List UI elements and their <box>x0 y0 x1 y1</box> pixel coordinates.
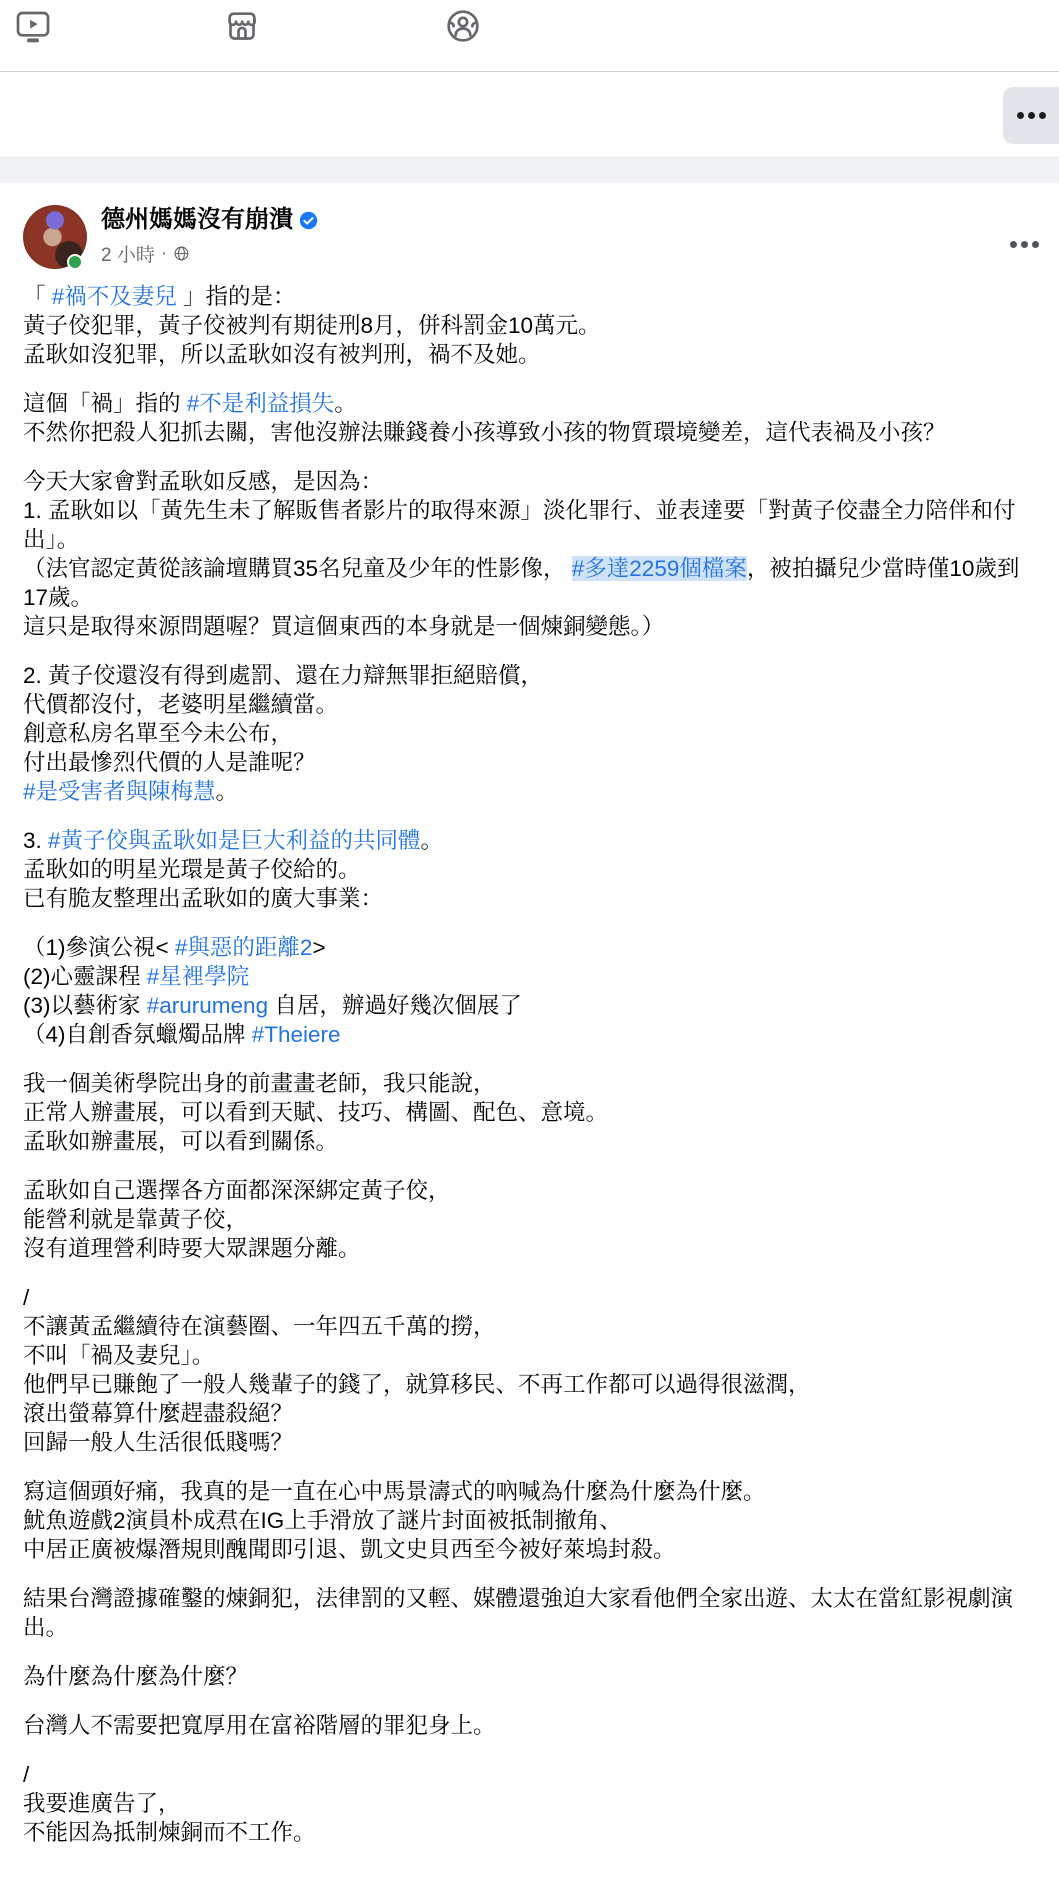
post-paragraph: /不讓黃孟繼續待在演藝圈、一年四五千萬的撈，不叫「禍及妻兒」。他們早已賺飽了一般… <box>23 1283 1036 1457</box>
post-card: 德州媽媽沒有崩潰 2 小時 · <box>0 183 1059 1871</box>
post-text-segment: 孟耿如沒犯罪，所以孟耿如沒有被判刑，禍不及她。 <box>23 342 541 367</box>
post-text-segment: 中居正廣被爆潛規則醜聞即引退、凱文史貝西至今被好萊塢封殺。 <box>23 1537 676 1562</box>
post-text-segment: 2. 黃子佼還沒有得到處罰、還在力辯無罪拒絕賠償， <box>23 663 543 688</box>
post-text-segment: 不能因為抵制煉銅而不工作。 <box>23 1820 316 1845</box>
post-paragraph: （1)參演公視< #與惡的距離2>(2)心靈課程 #星裡學院(3)以藝術家 #a… <box>23 933 1036 1049</box>
watch-icon <box>13 6 53 46</box>
post-text-segment: 不然你把殺人犯抓去關，害他沒辦法賺錢養小孩導致小孩的物質環境變差，這代表禍及小孩… <box>23 420 946 445</box>
post-text-segment: 孟耿如辦畫展，可以看到關係。 <box>23 1129 338 1154</box>
post-timestamp[interactable]: 2 小時 <box>101 240 155 267</box>
post-text-segment: 沒有道理營利時要大眾課題分離。 <box>23 1236 361 1261</box>
post-paragraph: /我要進廣告了，不能因為抵制煉銅而不工作。 <box>23 1760 1036 1847</box>
post-paragraph: 台灣人不需要把寬厚用在富裕階層的罪犯身上。 <box>23 1711 1036 1740</box>
post-text-segment: 。 <box>421 828 444 853</box>
post-text-segment: 魷魚遊戲2演員朴成焄在IG上手滑放了謎片封面被抵制撤角、 <box>23 1508 622 1533</box>
post-text-segment: / <box>23 1285 29 1310</box>
feed-more-button[interactable] <box>1003 87 1059 144</box>
post-header-info: 德州媽媽沒有崩潰 2 小時 · <box>101 205 318 267</box>
groups-icon <box>443 6 483 46</box>
hashtag-link[interactable]: #是受害者與陳梅慧 <box>23 779 216 804</box>
post-text-segment: （1)參演公視< <box>23 935 175 960</box>
globe-icon <box>173 245 190 262</box>
post-text-segment: 孟耿如自己選擇各方面都深深綁定黃子佼， <box>23 1178 451 1203</box>
post-text-segment: 正常人辦畫展，可以看到天賦、技巧、構圖、配色、意境。 <box>23 1100 608 1125</box>
post-text: 「 #禍不及妻兒 」指的是：黃子佼犯罪，黃子佼被判有期徒刑8月，併科罰金10萬元… <box>23 282 1036 1847</box>
post-paragraph: 寫這個頭好痛，我真的是一直在心中馬景濤式的吶喊為什麼為什麼為什麼。魷魚遊戲2演員… <box>23 1477 1036 1564</box>
hashtag-link[interactable]: #星裡學院 <box>147 964 250 989</box>
post-text-segment: （4)自創香氛蠟燭品牌 <box>23 1022 252 1047</box>
post-text-segment: 孟耿如的明星光環是黃子佼給的。 <box>23 857 361 882</box>
post-text-segment: 1. 孟耿如以「黃先生未了解販售者影片的取得來源」淡化罪行、並表達要「對黃子佼盡… <box>23 498 1016 552</box>
post-text-segment: 台灣人不需要把寬厚用在富裕階層的罪犯身上。 <box>23 1713 496 1738</box>
post-paragraph: 3. #黃子佼與孟耿如是巨大利益的共同體。孟耿如的明星光環是黃子佼給的。已有脆友… <box>23 826 1036 913</box>
post-text-segment: 今天大家會對孟耿如反感，是因為： <box>23 469 383 494</box>
post-text-segment: 黃子佼犯罪，黃子佼被判有期徒刑8月，併科罰金10萬元。 <box>23 313 601 338</box>
post-text-segment: 寫這個頭好痛，我真的是一直在心中馬景濤式的吶喊為什麼為什麼為什麼。 <box>23 1479 766 1504</box>
post-paragraph: 為什麼為什麼為什麼？ <box>23 1662 1036 1691</box>
post-paragraph: 孟耿如自己選擇各方面都深深綁定黃子佼，能營利就是靠黃子佼，沒有道理營利時要大眾課… <box>23 1176 1036 1263</box>
post-more-button[interactable] <box>1004 235 1045 254</box>
post-paragraph: 我一個美術學院出身的前畫畫老師，我只能說，正常人辦畫展，可以看到天賦、技巧、構圖… <box>23 1069 1036 1156</box>
post-text-segment: 不讓黃孟繼續待在演藝圈、一年四五千萬的撈， <box>23 1314 496 1339</box>
post-text-segment: 「 <box>23 284 52 309</box>
post-text-segment: （法官認定黃從該論壇購買35名兒童及少年的性影像， <box>23 556 572 581</box>
hashtag-link[interactable]: #Theiere <box>252 1022 341 1047</box>
post-text-segment: 」指的是： <box>177 284 296 309</box>
post-paragraph: 2. 黃子佼還沒有得到處罰、還在力辯無罪拒絕賠償，代價都沒付，老婆明星繼續當。創… <box>23 661 1036 806</box>
three-dots-icon <box>1010 241 1039 248</box>
toolbar-band <box>0 72 1059 158</box>
post-text-segment: 這個「禍」指的 <box>23 391 187 416</box>
post-text-segment: 創意私房名單至今未公布， <box>23 721 293 746</box>
post-paragraph: 結果台灣證據確鑿的煉銅犯，法律罰的又輕、媒體還強迫大家看他們全家出遊、太太在當紅… <box>23 1584 1036 1642</box>
hashtag-link[interactable]: #禍不及妻兒 <box>52 284 177 309</box>
post-text-segment: 3. <box>23 828 48 853</box>
online-status-dot <box>67 254 83 270</box>
post-text-segment: 為什麼為什麼為什麼？ <box>23 1664 248 1689</box>
post-text-segment: / <box>23 1762 29 1787</box>
post-text-segment: 付出最慘烈代價的人是誰呢？ <box>23 750 316 775</box>
avatar[interactable] <box>23 205 87 269</box>
hashtag-link[interactable]: #不是利益損失 <box>187 391 335 416</box>
post-text-segment: (3)以藝術家 <box>23 993 147 1018</box>
post-text-segment: 我要進廣告了， <box>23 1791 181 1816</box>
post-text-segment: 代價都沒付，老婆明星繼續當。 <box>23 692 338 717</box>
three-dots-icon <box>1017 112 1046 119</box>
section-divider <box>0 158 1059 183</box>
post-text-segment: 已有脆友整理出孟耿如的廣大事業： <box>23 886 383 911</box>
post-text-segment: 他們早已賺飽了一般人幾輩子的錢了，就算移民、不再工作都可以過得很滋潤， <box>23 1372 811 1397</box>
page-name[interactable]: 德州媽媽沒有崩潰 <box>101 207 293 233</box>
post-text-segment: 自居，辦過好幾次個展了 <box>268 993 522 1018</box>
post-paragraph: 這個「禍」指的 #不是利益損失。不然你把殺人犯抓去關，害他沒辦法賺錢養小孩導致小… <box>23 389 1036 447</box>
post-text-segment: > <box>312 935 325 960</box>
post-text-segment: 。 <box>334 391 357 416</box>
hashtag-link[interactable]: #與惡的距離2 <box>175 935 313 960</box>
post-header: 德州媽媽沒有崩潰 2 小時 · <box>23 205 1036 269</box>
post-paragraph: 今天大家會對孟耿如反感，是因為：1. 孟耿如以「黃先生未了解販售者影片的取得來源… <box>23 467 1036 641</box>
post-text-segment: 。 <box>216 779 239 804</box>
hashtag-link[interactable]: #黃子佼與孟耿如是巨大利益的共同體 <box>48 828 421 853</box>
post-text-segment: 滾出螢幕算什麼趕盡殺絕？ <box>23 1401 293 1426</box>
post-text-segment: 這只是取得來源問題喔？買這個東西的本身就是一個煉銅變態。） <box>23 614 664 639</box>
top-navigation-bar <box>0 0 1059 72</box>
post-text-segment: 我一個美術學院出身的前畫畫老師，我只能說， <box>23 1071 496 1096</box>
hashtag-link[interactable]: #arurumeng <box>147 993 268 1018</box>
post-text-segment: 回歸一般人生活很低賤嗎？ <box>23 1430 293 1455</box>
marketplace-icon <box>222 6 262 46</box>
tab-watch[interactable] <box>11 4 55 48</box>
tab-marketplace[interactable] <box>220 4 264 48</box>
post-text-segment: 不叫「禍及妻兒」。 <box>23 1343 214 1368</box>
verified-badge-icon <box>299 211 318 230</box>
post-text-segment: (2)心靈課程 <box>23 964 147 989</box>
timestamp-separator: · <box>161 243 167 265</box>
post-paragraph: 「 #禍不及妻兒 」指的是：黃子佼犯罪，黃子佼被判有期徒刑8月，併科罰金10萬元… <box>23 282 1036 369</box>
hashtag-link[interactable]: #多達2259個檔案 <box>572 556 747 581</box>
tab-groups[interactable] <box>441 4 485 48</box>
facebook-mobile-screen: 德州媽媽沒有崩潰 2 小時 · <box>0 0 1059 1871</box>
post-text-segment: 能營利就是靠黃子佼， <box>23 1207 248 1232</box>
post-text-segment: 結果台灣證據確鑿的煉銅犯，法律罰的又輕、媒體還強迫大家看他們全家出遊、太太在當紅… <box>23 1586 1013 1640</box>
